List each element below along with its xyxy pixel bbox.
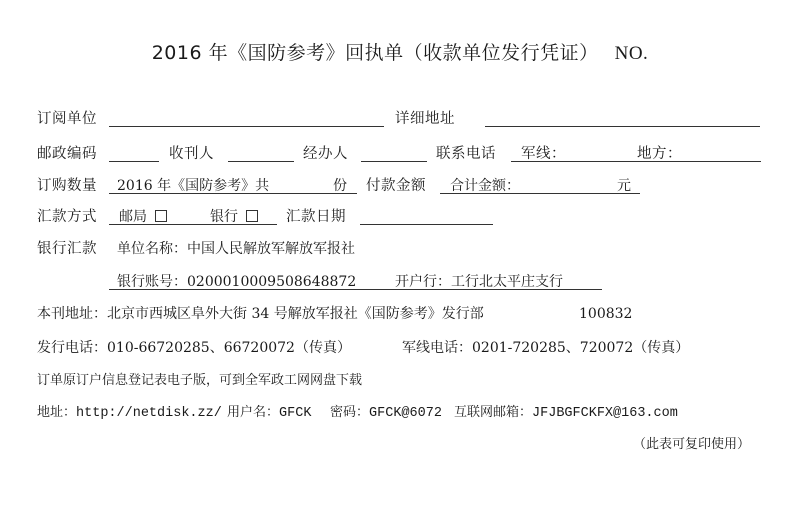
password-label: 密码： [330, 405, 369, 420]
remit-date-label: 汇款日期 [286, 206, 346, 228]
email-label: 互联网邮箱： [454, 405, 532, 420]
bank-branch-name: 工行北太平庄支行 [451, 274, 563, 290]
detail-address-field[interactable] [485, 126, 760, 127]
distribution-phone-label: 发行电话： [37, 340, 107, 356]
title-text: 2016 年《国防参考》回执单（收款单位发行凭证） [152, 42, 599, 64]
password: 密码：GFCK@6072 [330, 402, 442, 425]
email-value[interactable]: JFJBGFCKFX@163.com [532, 406, 678, 421]
bank-account: 银行账号：0200010009508648872 [117, 271, 356, 293]
zip-code: 100832 [579, 303, 632, 325]
document-title: 2016 年《国防参考》回执单（收款单位发行凭证）NO. [0, 38, 800, 65]
order-qty-text: 2016 年《国防参考》共 [117, 175, 269, 197]
detail-address-label: 详细地址 [395, 108, 455, 130]
distribution-phone: 发行电话：010-66720285、66720072（传真） [37, 337, 351, 359]
row-phones: 发行电话：010-66720285、66720072（传真） 军线电话：0201… [37, 337, 777, 359]
bank-unit-name: 单位名称：中国人民解放军解放军报社 [117, 238, 355, 260]
subscriber-unit-field[interactable] [109, 126, 384, 127]
remit-date-field[interactable] [360, 224, 493, 225]
row-contact: 邮政编码 收刊人 经办人 联系电话 军线： 地方： [37, 143, 777, 165]
row-subscriber: 订阅单位 详细地址 [37, 108, 777, 130]
military-phone-value: 0201-720285、720072（传真） [472, 340, 689, 356]
row-copy-note: （此表可复印使用） [37, 434, 777, 456]
bank-checkbox[interactable] [246, 210, 258, 222]
password-value: GFCK@6072 [369, 406, 442, 421]
address: 本刊地址：北京市西城区阜外大街 34 号解放军报社《国防参考》发行部 [37, 303, 484, 325]
copy-note: （此表可复印使用） [633, 434, 750, 456]
payment-amount-label: 付款金额 [366, 175, 426, 197]
postal-code-label: 邮政编码 [37, 143, 97, 165]
subscriber-unit-label: 订阅单位 [37, 108, 97, 130]
bank-account-label: 银行账号： [117, 274, 187, 290]
bank-account-number: 0200010009508648872 [187, 274, 356, 290]
handler-field[interactable] [361, 161, 427, 162]
military-phone: 军线电话：0201-720285、720072（传真） [402, 337, 689, 359]
username-value: GFCK [279, 406, 311, 421]
username: 用户名：GFCK [227, 402, 311, 425]
post-office-checkbox[interactable] [155, 210, 167, 222]
civil-line-label: 地方： [637, 143, 682, 165]
download-note: 订单原订户信息登记表电子版，可到全军政工网网盘下载 [37, 370, 362, 392]
url-link[interactable]: http://netdisk.zz/ [76, 406, 222, 421]
recipient-field[interactable] [228, 161, 294, 162]
row-bank-account: 银行账号：0200010009508648872 开户行：工行北太平庄支行 [37, 271, 777, 293]
remit-post-label: 邮局 [119, 209, 147, 225]
row-download-note: 订单原订户信息登记表电子版，可到全军政工网网盘下载 [37, 370, 777, 392]
distribution-phone-value: 010-66720285、66720072（传真） [107, 340, 351, 356]
username-label: 用户名： [227, 405, 279, 420]
handler-label: 经办人 [303, 143, 348, 165]
email: 互联网邮箱：JFJBGFCKFX@163.com [454, 402, 678, 425]
order-qty-label: 订购数量 [37, 175, 97, 197]
military-phone-label: 军线电话： [402, 340, 472, 356]
remit-bank-label: 银行 [210, 209, 238, 225]
row-order: 订购数量 2016 年《国防参考》共 份 付款金额 合计金额： 元 [37, 175, 777, 197]
recipient-label: 收刊人 [169, 143, 214, 165]
number-label: NO. [615, 43, 649, 64]
bank-branch: 开户行：工行北太平庄支行 [395, 271, 563, 293]
netdisk-url: 地址：http://netdisk.zz/ [37, 402, 222, 425]
address-label: 本刊地址： [37, 306, 107, 322]
contact-phone-label: 联系电话 [436, 143, 496, 165]
remit-option-post[interactable]: 邮局 [119, 206, 167, 228]
postal-code-field[interactable] [109, 161, 159, 162]
order-qty-unit: 份 [333, 175, 347, 197]
remit-option-bank[interactable]: 银行 [210, 206, 258, 228]
military-line-label: 军线： [521, 143, 566, 165]
total-amount-label: 合计金额： [450, 175, 520, 197]
row-address: 本刊地址：北京市西城区阜外大街 34 号解放军报社《国防参考》发行部 10083… [37, 303, 777, 325]
bank-branch-label: 开户行： [395, 274, 451, 290]
row-credentials: 地址：http://netdisk.zz/ 用户名：GFCK 密码：GFCK@6… [37, 402, 777, 424]
address-text: 北京市西城区阜外大街 34 号解放军报社《国防参考》发行部 [107, 306, 484, 322]
url-label: 地址： [37, 405, 76, 420]
remit-method-label: 汇款方式 [37, 206, 97, 228]
currency-unit: 元 [617, 175, 631, 197]
row-remit: 汇款方式 邮局 银行 汇款日期 [37, 206, 777, 228]
bank-remit-label: 银行汇款 [37, 238, 97, 260]
row-bank-unit: 银行汇款 单位名称：中国人民解放军解放军报社 [37, 238, 777, 260]
